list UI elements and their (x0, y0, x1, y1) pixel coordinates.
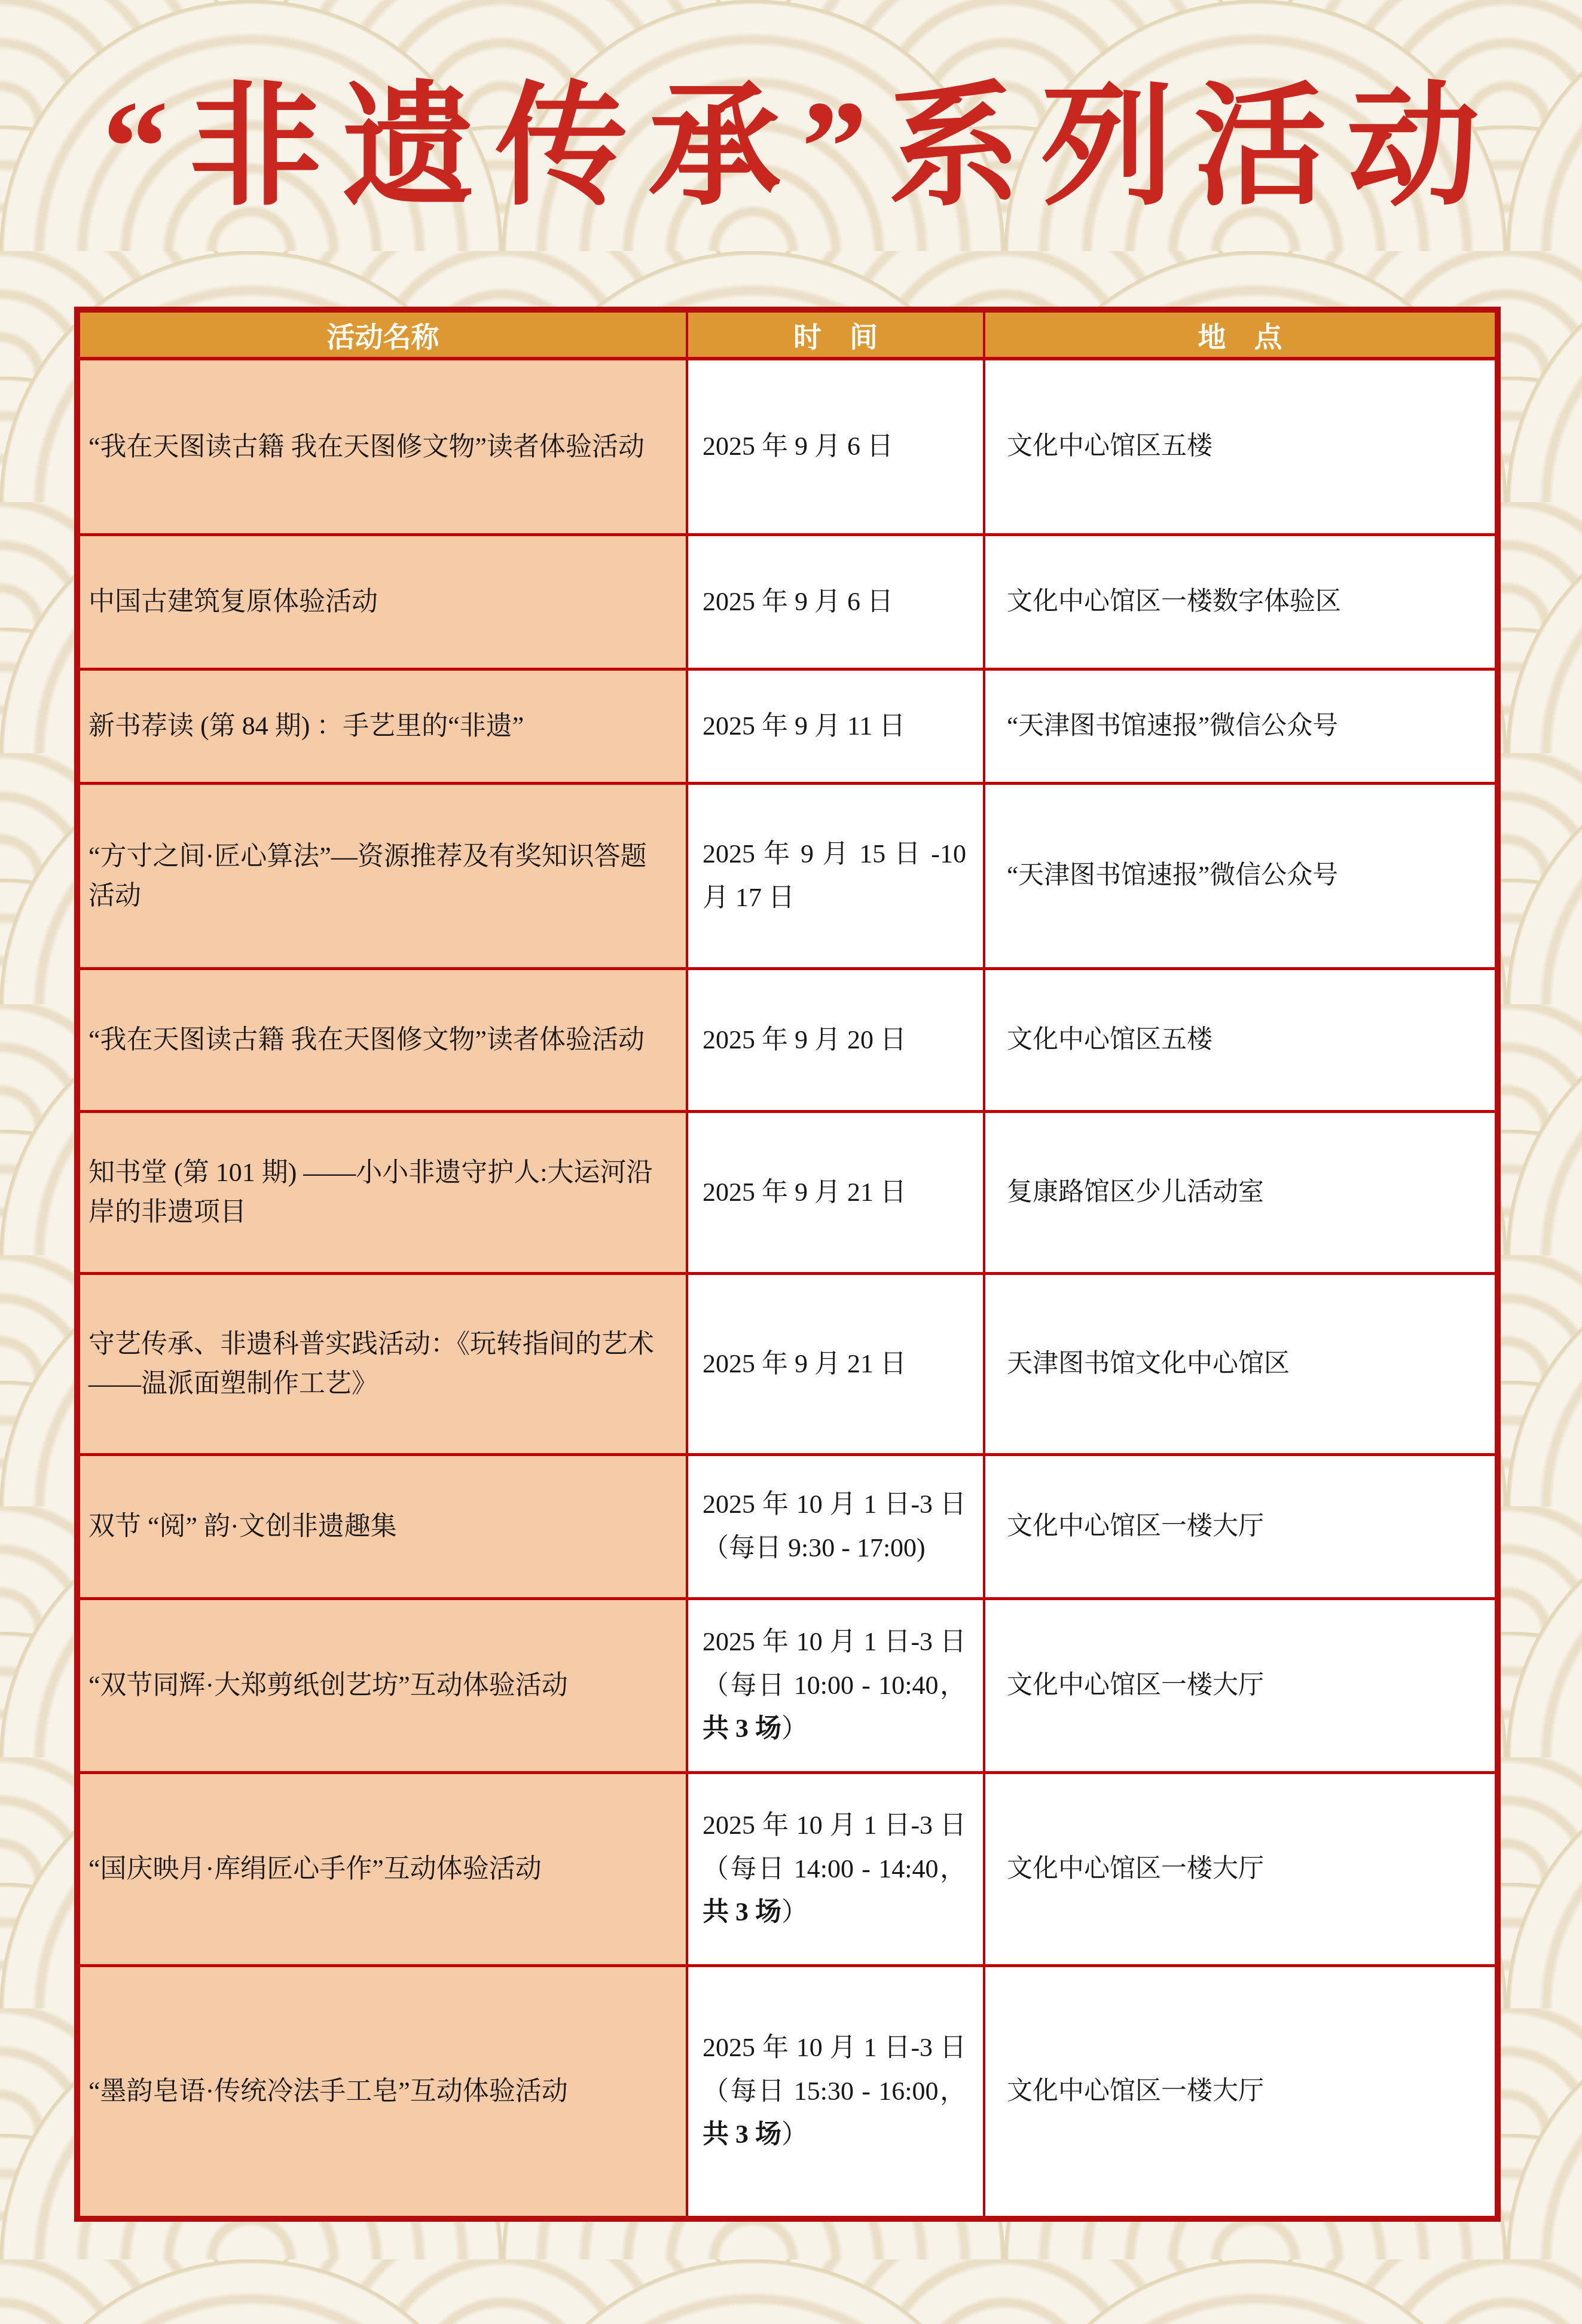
time-text: 2025 年 9 月 6 日 (703, 587, 893, 616)
activity-time-cell: 2025 年 9 月 15 日 -10 月 17 日 (686, 785, 983, 970)
activity-time-cell: 2025 年 9 月 20 日 (686, 970, 983, 1113)
time-text: 2025 年 9 月 21 日 (703, 1178, 906, 1207)
activity-location-cell: 文化中心馆区五楼 (983, 360, 1495, 536)
activity-name-cell: “我在天图读古籍 我在天图修文物”读者体验活动 (80, 360, 686, 536)
activity-time-cell: 2025 年 10 月 1 日-3 日（每日 14:00 - 14:40，共 3… (686, 1774, 983, 1967)
time-text: 2025 年 10 月 1 日-3 日（每日 14:00 - 14:40， (703, 1811, 966, 1883)
activity-location-cell: “天津图书馆速报”微信公众号 (983, 671, 1495, 785)
activity-name-cell: 新书荐读 (第 84 期) ：手艺里的“非遗” (80, 671, 686, 785)
activity-location-cell: 文化中心馆区一楼大厅 (983, 1600, 1495, 1774)
activity-location-cell: 文化中心馆区五楼 (983, 970, 1495, 1113)
activity-name-cell: “国庆映月·库绢匠心手作”互动体验活动 (80, 1774, 686, 1967)
activity-location-cell: 文化中心馆区一楼大厅 (983, 1967, 1495, 2216)
time-text: 2025 年 9 月 21 日 (703, 1349, 906, 1378)
activity-location-cell: 天津图书馆文化中心馆区 (983, 1275, 1495, 1456)
activity-time-cell: 2025 年 9 月 21 日 (686, 1113, 983, 1275)
header-cell-time: 时 间 (686, 313, 983, 360)
time-text: 2025 年 10 月 1 日-3 日（每日 10:00 - 10:40， (703, 1627, 966, 1700)
activity-name-cell: “方寸之间·匠心算法”—资源推荐及有奖知识答题活动 (80, 785, 686, 970)
activity-name-cell: 双节 “阅” 韵·文创非遗趣集 (80, 1456, 686, 1600)
time-text-end: ） (781, 1714, 808, 1743)
activity-time-cell: 2025 年 10 月 1 日-3 日（每日 15:30 - 16:00，共 3… (686, 1967, 983, 2216)
activity-location-cell: 文化中心馆区一楼大厅 (983, 1456, 1495, 1600)
activity-time-cell: 2025 年 10 月 1 日-3 日（每日 10:00 - 10:40，共 3… (686, 1600, 983, 1774)
time-text-end: ） (781, 1897, 808, 1927)
time-text: 2025 年 9 月 6 日 (703, 432, 893, 461)
time-text: 2025 年 9 月 20 日 (703, 1025, 906, 1054)
time-text: 2025 年 9 月 15 日 -10 月 17 日 (703, 839, 966, 912)
activity-name-cell: “墨韵皂语·传统冷法手工皂”互动体验活动 (80, 1967, 686, 2216)
time-sessions-bold: 共 3 场 (703, 2120, 781, 2149)
activity-name-cell: 守艺传承、非遗科普实践活动：《玩转指间的艺术——温派面塑制作工艺》 (80, 1275, 686, 1456)
activity-location-cell: 文化中心馆区一楼大厅 (983, 1774, 1495, 1967)
time-text-end: ） (781, 2120, 808, 2149)
page-title: “非遗传承”系列活动 (0, 59, 1582, 238)
activities-table: 活动名称 时 间 地 点 “我在天图读古籍 我在天图修文物”读者体验活动 202… (74, 307, 1501, 2222)
activity-location-cell: 文化中心馆区一楼数字体验区 (983, 536, 1495, 671)
activity-time-cell: 2025 年 9 月 11 日 (686, 671, 983, 785)
activity-time-cell: 2025 年 9 月 6 日 (686, 360, 983, 536)
time-text: 2025 年 10 月 1 日-3 日（每日 9:30 - 17:00) (703, 1490, 966, 1562)
time-text: 2025 年 9 月 11 日 (703, 711, 905, 741)
time-sessions-bold: 共 3 场 (703, 1897, 781, 1927)
activity-time-cell: 2025 年 10 月 1 日-3 日（每日 9:30 - 17:00) (686, 1456, 983, 1600)
header-cell-activity-name: 活动名称 (80, 313, 686, 360)
activity-location-cell: “天津图书馆速报”微信公众号 (983, 785, 1495, 970)
time-text: 2025 年 10 月 1 日-3 日（每日 15:30 - 16:00， (703, 2033, 966, 2106)
activity-time-cell: 2025 年 9 月 6 日 (686, 536, 983, 671)
time-sessions-bold: 共 3 场 (703, 1714, 781, 1743)
header-cell-location: 地 点 (983, 313, 1495, 360)
activity-time-cell: 2025 年 9 月 21 日 (686, 1275, 983, 1456)
event-poster: “非遗传承”系列活动 活动名称 时 间 地 点 “我在天图读古籍 我在天图修文物… (0, 0, 1582, 2324)
activity-location-cell: 复康路馆区少儿活动室 (983, 1113, 1495, 1275)
activity-name-cell: “双节同辉·大郑剪纸创艺坊”互动体验活动 (80, 1600, 686, 1774)
activity-name-cell: 知书堂 (第 101 期) ——小小非遗守护人:大运河沿岸的非遗项目 (80, 1113, 686, 1275)
activity-name-cell: “我在天图读古籍 我在天图修文物”读者体验活动 (80, 970, 686, 1113)
activity-name-cell: 中国古建筑复原体验活动 (80, 536, 686, 671)
